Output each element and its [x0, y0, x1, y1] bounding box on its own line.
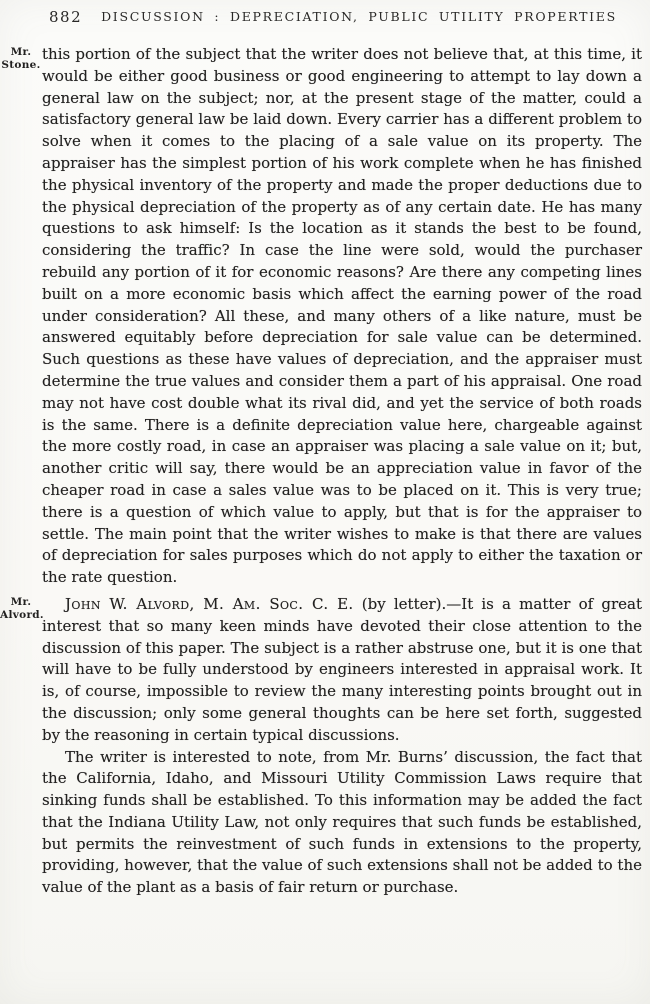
book-page: 882 DISCUSSION : DEPRECIATION, PUBLIC UT…: [0, 0, 650, 1004]
paragraph-text: (by letter).—It is a matter of great int…: [42, 595, 642, 744]
text-block: Mr. Stone. this portion of the subject t…: [42, 44, 642, 899]
paragraph-text: The writer is interested to note, from M…: [42, 748, 642, 897]
paragraph-stone: Mr. Stone. this portion of the subject t…: [42, 44, 642, 589]
paragraph-writer-note: The writer is interested to note, from M…: [42, 747, 642, 900]
running-head: 882 DISCUSSION : DEPRECIATION, PUBLIC UT…: [42, 9, 642, 27]
margin-note-alvord: Mr. Alvord.: [0, 596, 42, 622]
margin-note-line: Mr.: [0, 596, 42, 609]
paragraph-text: this portion of the subject that the wri…: [42, 45, 642, 586]
page-number: 882: [49, 8, 82, 26]
margin-note-line: Alvord.: [0, 609, 42, 622]
running-title: DISCUSSION : DEPRECIATION, PUBLIC UTILIT…: [42, 9, 642, 24]
margin-note-line: Mr.: [0, 46, 42, 59]
paragraph-alvord: Mr. Alvord. John W. Alvord, M. Am. Soc. …: [42, 594, 642, 747]
speaker-name: John W. Alvord, M. Am. Soc. C. E.: [65, 595, 354, 613]
margin-note-stone: Mr. Stone.: [0, 46, 42, 72]
margin-note-line: Stone.: [0, 59, 42, 72]
